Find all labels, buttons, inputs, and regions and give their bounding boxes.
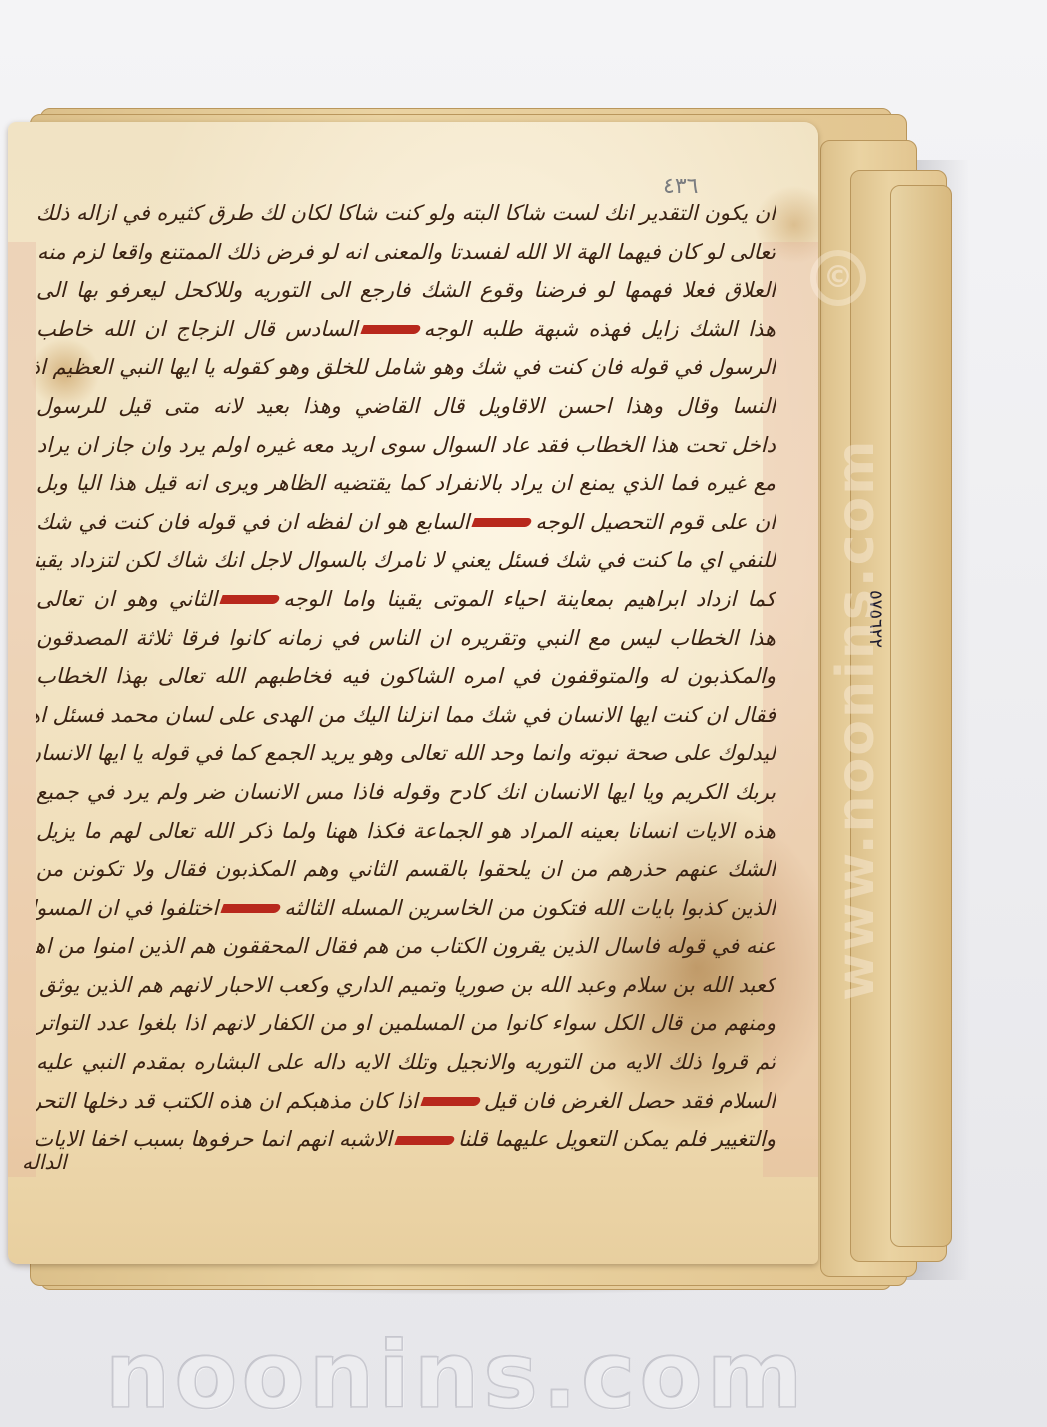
line-text: كعبد الله بن سلام وعبد الله بن صوريا وتم… <box>36 973 776 997</box>
line-text-after-rubric: السابع هو ان لفظه ان في قوله فان كنت في … <box>36 510 469 534</box>
line-text: فقال ان كنت ايها الانسان في شك مما انزلن… <box>36 703 776 727</box>
manuscript-line: للنفي اي ما كنت في شك فسئل يعني لا نامرك… <box>36 541 776 580</box>
line-text: داخل تحت هذا الخطاب فقد عاد السوال سوى ا… <box>36 433 776 457</box>
manuscript-line: الرسول في قوله فان كنت في شك وهو شامل لل… <box>36 348 776 387</box>
vertical-watermark: www.noonins.com <box>826 240 886 1200</box>
line-text: والتغيير فلم يمكن التعويل عليهما قلنا <box>458 1127 776 1151</box>
manuscript-line: هذا الخطاب ليس مع النبي وتقريره ان الناس… <box>36 619 776 658</box>
line-text: الشك عنهم حذرهم من ان يلحقوا بالقسم الثا… <box>36 857 776 881</box>
manuscript-text: ان يكون التقدير انك لست شاكا البته ولو ك… <box>36 194 776 1159</box>
manuscript-line: عنه في قوله فاسال الذين يقرون الكتاب من … <box>36 927 776 966</box>
line-text: ان على قوم التحصيل الوجه <box>535 510 776 534</box>
page-stack-edge <box>890 185 952 1247</box>
bottom-watermark: noonins.com <box>105 1322 807 1427</box>
manuscript-line: كعبد الله بن سلام وعبد الله بن صوريا وتم… <box>36 966 776 1005</box>
manuscript-line: هذه الايات انسانا بعينه المراد هو الجماع… <box>36 812 776 851</box>
manuscript-line: ان على قوم التحصيل الوجهالسابع هو ان لفظ… <box>36 503 776 542</box>
manuscript-line: الذين كذبوا بايات الله فتكون من الخاسرين… <box>36 889 776 928</box>
manuscript-line: العلاق فعلا فهمها لو فرضنا وقوع الشك فار… <box>36 271 776 310</box>
line-text-after-rubric: اختلفوا في ان المسول <box>36 896 218 920</box>
manuscript-line: ثم قروا ذلك الايه من التوريه والانجيل وت… <box>36 1043 776 1082</box>
line-text: الرسول في قوله فان كنت في شك وهو شامل لل… <box>36 355 776 379</box>
rubric-overline <box>394 1136 455 1145</box>
manuscript-line: كما ازداد ابراهيم بمعاينة احياء الموتى ي… <box>36 580 776 619</box>
line-text: هذا الشك زايل فهذه شبهة طلبه الوجه <box>424 317 776 341</box>
line-text: العلاق فعلا فهمها لو فرضنا وقوع الشك فار… <box>36 278 776 302</box>
line-text: هذا الخطاب ليس مع النبي وتقريره ان الناس… <box>36 626 776 650</box>
manuscript-page: ٤٣٦ ان يكون التقدير انك لست شاكا البته و… <box>8 122 818 1264</box>
manuscript-line: مع غيره فما الذي يمنع ان يراد بالانفراد … <box>36 464 776 503</box>
line-text: كما ازداد ابراهيم بمعاينة احياء الموتى ي… <box>283 587 776 611</box>
manuscript-line: ومنهم من قال الكل سواء كانوا من المسلمين… <box>36 1004 776 1043</box>
rubric-overline <box>360 325 421 334</box>
manuscript-line: النسا وقال وهذا احسن الاقاويل قال القاضي… <box>36 387 776 426</box>
line-text-after-rubric: الثاني وهو ان تعالى <box>36 587 217 611</box>
line-text-after-rubric: اذا كان مذهبكم ان هذه الكتب قد دخلها الت… <box>36 1089 418 1113</box>
manuscript-line: بربك الكريم ويا ايها الانسان انك كادح وق… <box>36 773 776 812</box>
catchword: الداله <box>22 1150 67 1174</box>
manuscript-line: الشك عنهم حذرهم من ان يلحقوا بالقسم الثا… <box>36 850 776 889</box>
line-text: الذين كذبوا بايات الله فتكون من الخاسرين… <box>284 896 776 920</box>
line-text: والمكذبون له والمتوقفون في امره الشاكون … <box>36 664 776 688</box>
line-text: السلام فقد حصل الغرض فان قيل <box>484 1089 776 1113</box>
line-text: هذه الايات انسانا بعينه المراد هو الجماع… <box>36 819 776 843</box>
line-text: تعالى لو كان فيهما الهة الا الله لفسدتا … <box>36 240 776 264</box>
manuscript-line: السلام فقد حصل الغرض فان قيلاذا كان مذهب… <box>36 1082 776 1121</box>
rubric-overline <box>220 595 281 604</box>
line-text: النسا وقال وهذا احسن الاقاويل قال القاضي… <box>36 394 776 418</box>
line-text-after-rubric: السادس قال الزجاج ان الله خاطب <box>36 317 358 341</box>
line-text: ان يكون التقدير انك لست شاكا البته ولو ك… <box>36 201 776 225</box>
manuscript-line: والتغيير فلم يمكن التعويل عليهما قلناالا… <box>36 1120 776 1159</box>
rubric-overline <box>221 904 282 913</box>
line-text: ليدلوك على صحة نبوته وانما وحد الله تعال… <box>36 741 776 765</box>
manuscript-line: داخل تحت هذا الخطاب فقد عاد السوال سوى ا… <box>36 426 776 465</box>
watermark-band-left <box>8 242 36 1177</box>
line-text: عنه في قوله فاسال الذين يقرون الكتاب من … <box>36 934 776 958</box>
line-text: ثم قروا ذلك الايه من التوريه والانجيل وت… <box>36 1050 776 1074</box>
manuscript-line: ليدلوك على صحة نبوته وانما وحد الله تعال… <box>36 734 776 773</box>
line-text: مع غيره فما الذي يمنع ان يراد بالانفراد … <box>36 471 776 495</box>
manuscript-line: هذا الشك زايل فهذه شبهة طلبه الوجهالسادس… <box>36 310 776 349</box>
line-text: ومنهم من قال الكل سواء كانوا من المسلمين… <box>36 1011 776 1035</box>
manuscript-line: والمكذبون له والمتوقفون في امره الشاكون … <box>36 657 776 696</box>
manuscript-line: فقال ان كنت ايها الانسان في شك مما انزلن… <box>36 696 776 735</box>
manuscript-line: تعالى لو كان فيهما الهة الا الله لفسدتا … <box>36 233 776 272</box>
rubric-overline <box>472 518 533 527</box>
rubric-overline <box>420 1097 481 1106</box>
line-text: للنفي اي ما كنت في شك فسئل يعني لا نامرك… <box>36 548 776 572</box>
manuscript-line: ان يكون التقدير انك لست شاكا البته ولو ك… <box>36 194 776 233</box>
line-text-after-rubric: الاشبه انهم انما حرفوها بسبب اخفا الايات <box>36 1127 392 1151</box>
line-text: بربك الكريم ويا ايها الانسان انك كادح وق… <box>36 780 776 804</box>
